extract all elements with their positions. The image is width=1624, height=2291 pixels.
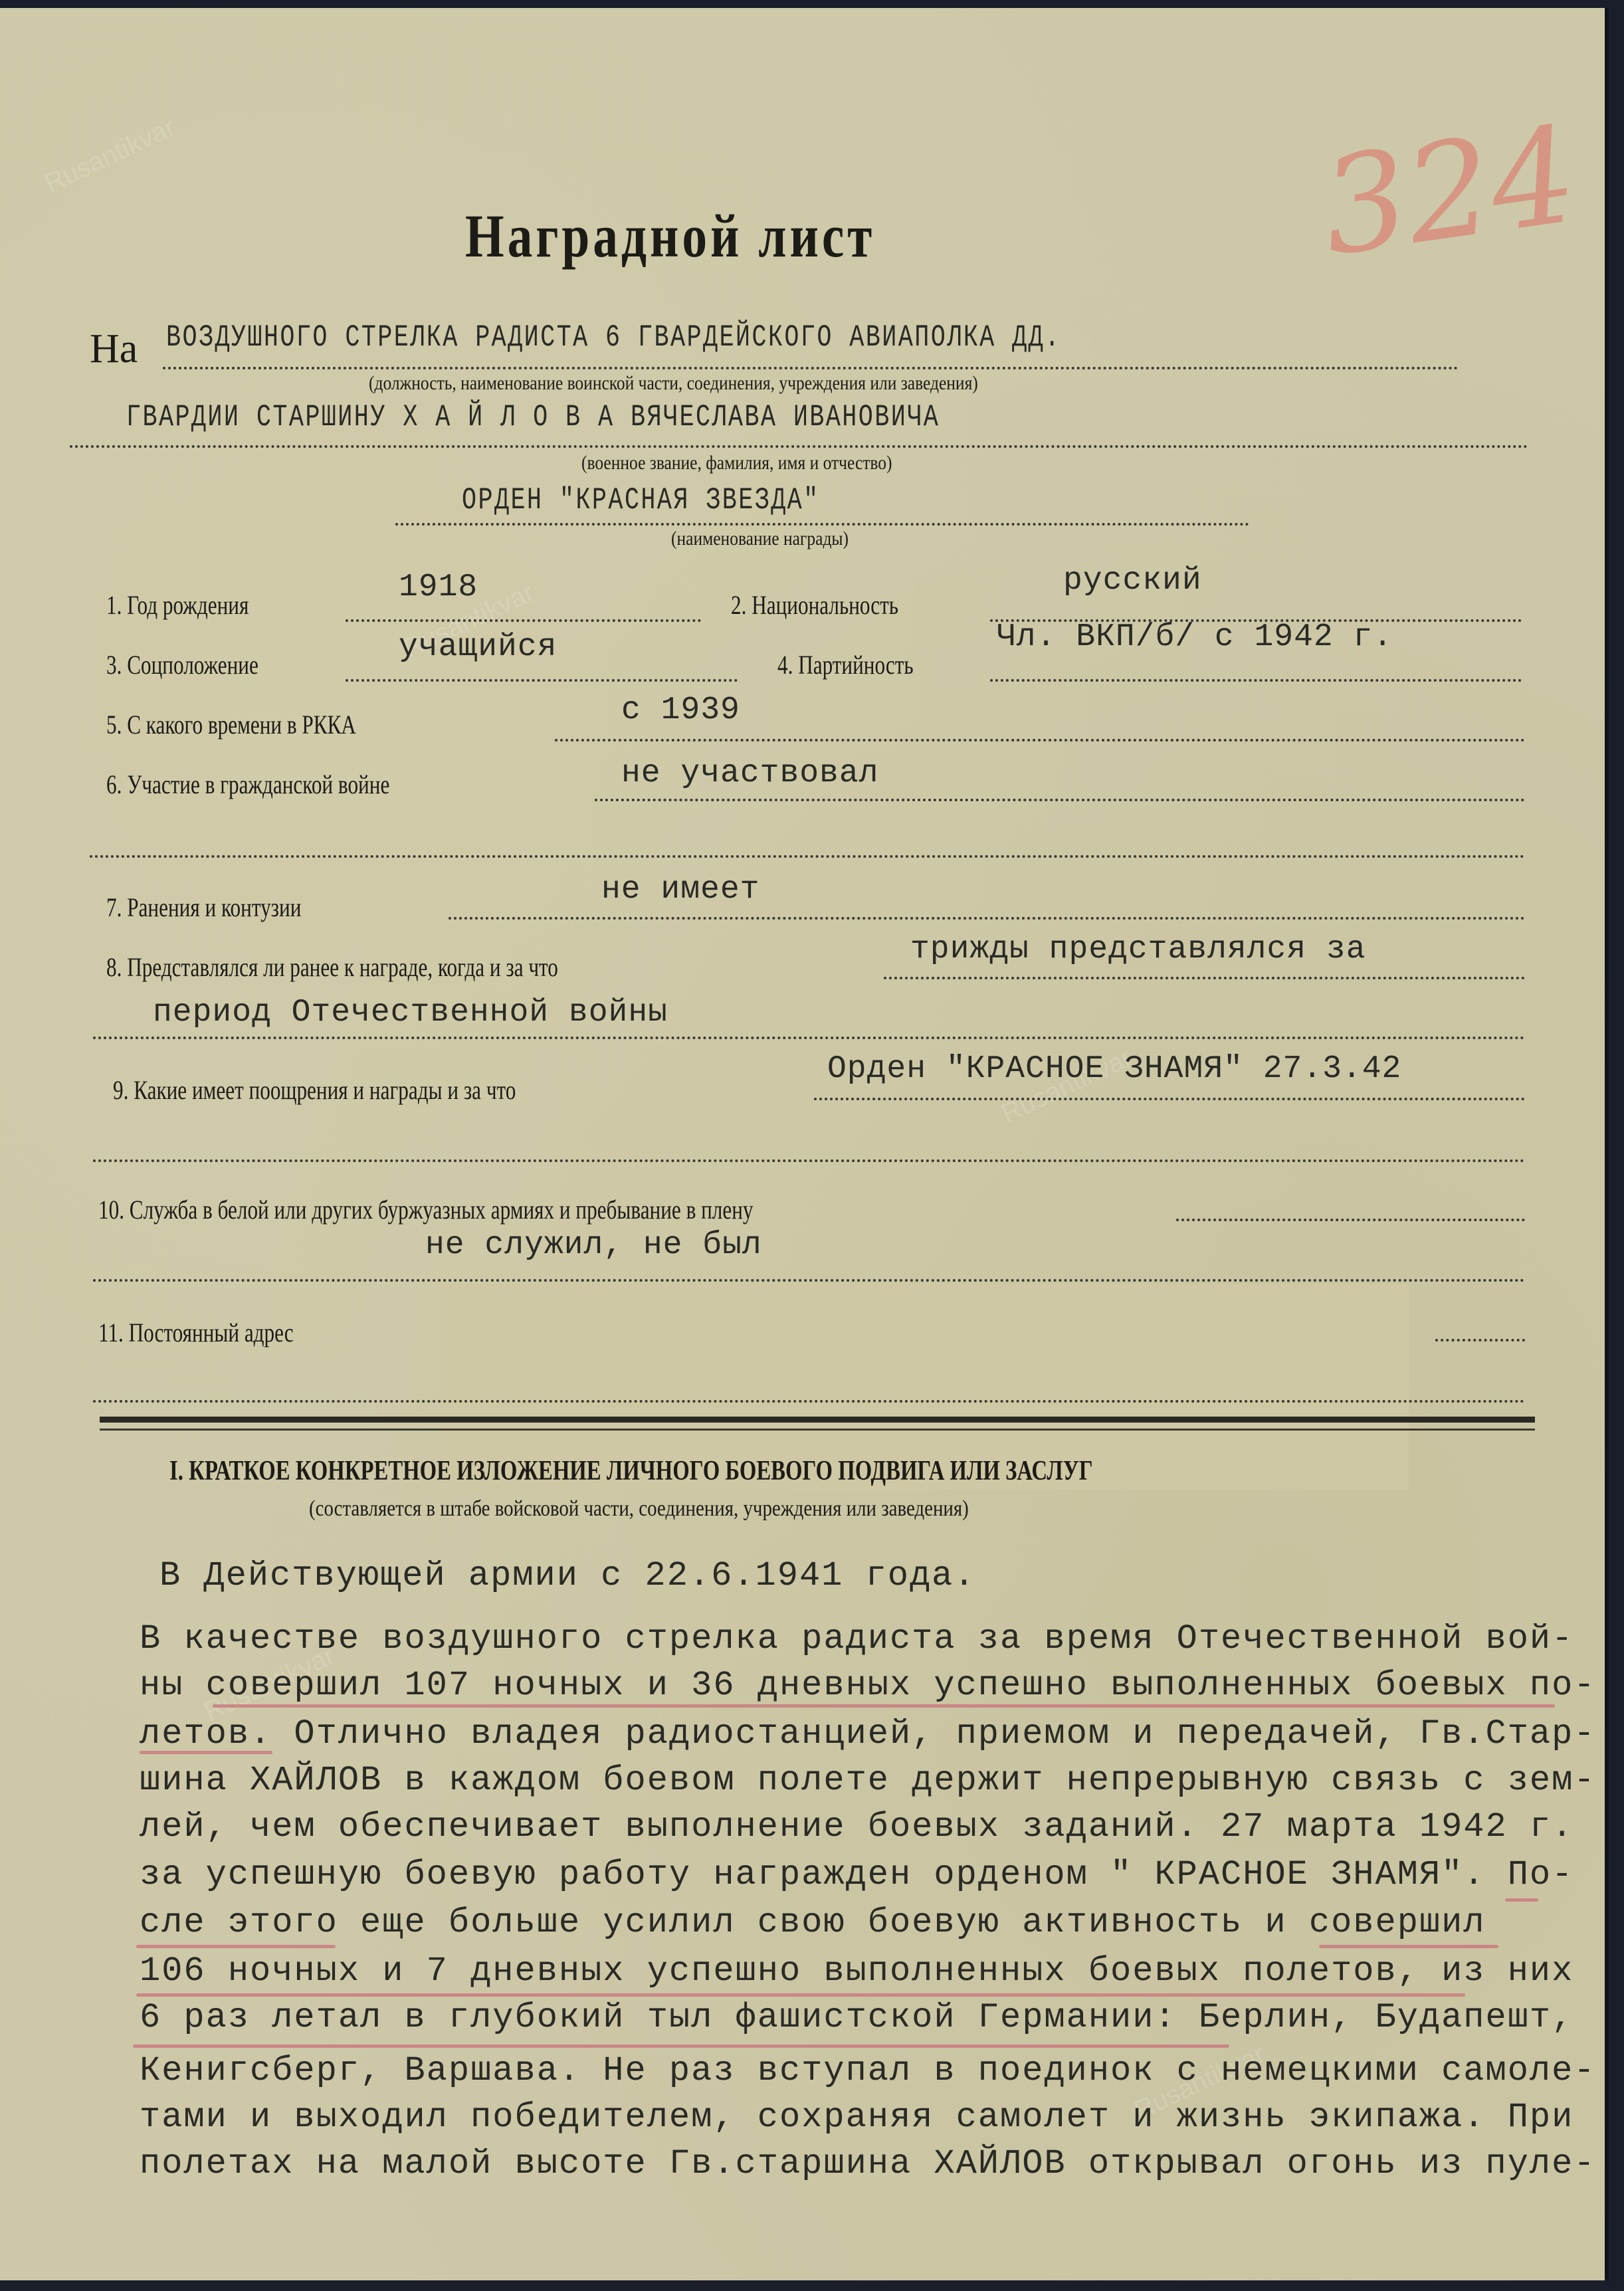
narrative-line: лей, чем обеспечивает выполнение боевых … (140, 1807, 1573, 1846)
narrative-line: тами и выходил победителем, сохраняя сам… (140, 2098, 1573, 2137)
narrative-line: летов. Отлично владея радиостанцией, при… (140, 1714, 1596, 1753)
field-label-nationality: 2. Национальность (731, 589, 898, 621)
section-heading: I. КРАТКОЕ КОНКРЕТНОЕ ИЗЛОЖЕНИЕ ЛИЧНОГО … (169, 1455, 1093, 1487)
field-label-previous-nominations: 8. Представлялся ли ранее к награде, ког… (106, 951, 558, 983)
field-value-birth-year: 1918 (399, 569, 478, 605)
narrative-line: Кенигсберг, Варшава. Не раз вступал в по… (140, 2051, 1596, 2090)
award-value: ОРДЕН "КРАСНАЯ ЗВЕЗДА" (462, 483, 820, 518)
section-divider (100, 1417, 1535, 1423)
field-value-civil-war: не участвовал (621, 755, 878, 791)
field-label-social-status: 3. Соцположение (106, 649, 258, 680)
field-value-army-since: с 1939 (621, 692, 740, 728)
field-value-wounds: не имеет (601, 872, 760, 908)
field-label-address: 11. Постоянный адрес (98, 1317, 294, 1348)
award-caption: (наименование награды) (671, 528, 849, 550)
narrative-line: 106 ночных и 7 дневных успешно выполненн… (140, 1951, 1573, 1991)
field-label-party: 4. Партийность (777, 649, 914, 680)
field-value-previous-nominations: трижды представлялся за (910, 932, 1366, 967)
field-label-wounds: 7. Ранения и контузии (106, 892, 301, 923)
to-prefix: На (90, 326, 138, 373)
narrative-line: ны совершил 107 ночных и 36 дневных успе… (140, 1666, 1596, 1705)
archive-number: 324 (1313, 98, 1585, 286)
field-value-foreign-service: не служил, не был (425, 1227, 762, 1263)
field-value-awards: Орден "КРАСНОЕ ЗНАМЯ" 27.3.42 (827, 1051, 1401, 1087)
field-value-previous-nominations-cont: период Отечественной войны (153, 995, 668, 1031)
field-value-party: Чл. ВКП/б/ с 1942 г. (997, 619, 1393, 655)
field-label-civil-war: 6. Участие в гражданской войне (106, 769, 389, 800)
narrative-intro: В Действующей армии с 22.6.1941 года. (159, 1556, 976, 1595)
section-subheading: (составляется в штабе войсковой части, с… (309, 1496, 969, 1522)
section-divider (100, 1429, 1535, 1431)
watermark: Rusantikvar (40, 112, 179, 199)
narrative-line: полетах на малой высоте Гв.старшина ХАЙЛ… (140, 2144, 1596, 2183)
field-label-army-since: 5. С какого времени в РККА (106, 709, 356, 740)
narrative-line: шина ХАЙЛОВ в каждом боевом полете держи… (140, 1761, 1596, 1800)
field-label-birth-year: 1. Год рождения (106, 589, 249, 621)
position-caption: (должность, наименование воинской части,… (369, 372, 978, 395)
page-title: Наградной лист (465, 201, 875, 271)
narrative-line: сле этого еще больше усилил свою боевую … (140, 1903, 1486, 1942)
position-value: ВОЗДУШНОГО СТРЕЛКА РАДИСТА 6 ГВАРДЕЙСКОГ… (166, 320, 1061, 355)
narrative-line: В качестве воздушного стрелка радиста за… (140, 1619, 1573, 1658)
person-caption: (военное звание, фамилия, имя и отчество… (581, 452, 892, 474)
field-value-social-status: учащийся (399, 629, 557, 665)
award-sheet: Rusantikvar Rusantikvar Rusantikvar Rusa… (0, 8, 1609, 2280)
field-label-awards: 9. Какие имеет поощрения и награды и за … (113, 1074, 516, 1106)
narrative-line: за успешную боевую работу награжден орде… (140, 1855, 1573, 1894)
field-value-nationality: русский (1063, 563, 1202, 599)
field-label-foreign-service: 10. Служба в белой или других буржуазных… (98, 1194, 754, 1225)
narrative-line: 6 раз летал в глубокий тыл фашистской Ге… (140, 1998, 1573, 2037)
person-value: ГВАРДИИ СТАРШИНУ Х А Й Л О В А ВЯЧЕСЛАВА… (126, 400, 940, 435)
